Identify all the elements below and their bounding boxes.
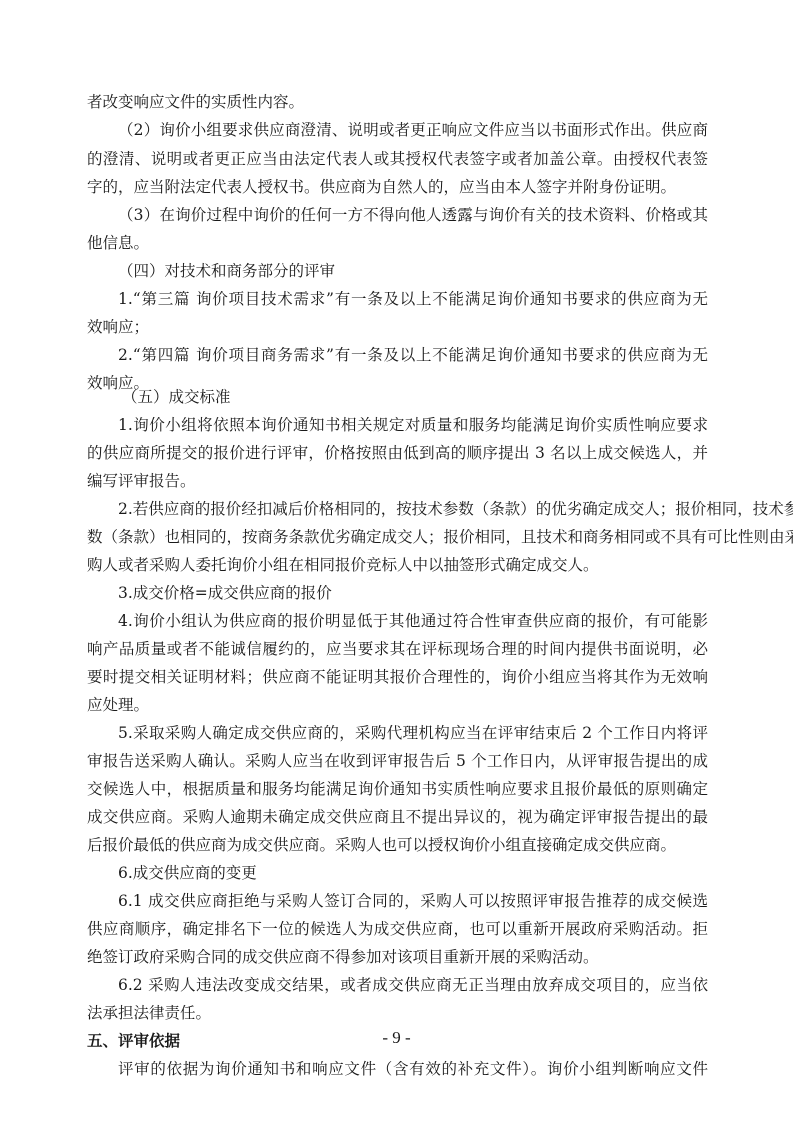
text-line: 绝签订政府采购合同的成交供应商不得参加对该项目重新开展的采购活动。 — [87, 943, 708, 971]
text-line: （2）询价小组要求供应商澄清、说明或者更正响应文件应当以书面形式作出。供应商 — [118, 116, 708, 144]
text-line: 者改变响应文件的实质性内容。 — [87, 88, 708, 116]
text-line: 字的，应当附法定代表人授权书。供应商为自然人的，应当由本人签字并附身份证明。 — [87, 173, 708, 201]
text-line: 评审的依据为询价通知书和响应文件（含有效的补充文件）。询价小组判断响应文件 — [118, 1055, 708, 1083]
text-line: 效响应； — [87, 313, 708, 341]
text-line: （3）在询价过程中询价的任何一方不得向他人透露与询价有关的技术资料、价格或其 — [118, 201, 708, 229]
text-line: 1.“第三篇 询价项目技术需求”有一条及以上不能满足询价通知书要求的供应商为无 — [118, 285, 708, 313]
text-line: 响产品质量或者不能诚信履约的，应当要求其在评标现场合理的时间内提供书面说明，必 — [87, 635, 708, 663]
text-line: 后报价最低的供应商为成交供应商。采购人也可以授权询价小组直接确定成交供应商。 — [87, 831, 708, 859]
text-line: 6.2 采购人违法改变成交结果，或者成交供应商无正当理由放弃成交项目的，应当依 — [118, 971, 708, 999]
text-line: 数（条款）也相同的，按商务条款优劣确定成交人；报价相同，且技术和商务相同或不具有… — [87, 523, 708, 551]
text-line: 3.成交价格=成交供应商的报价 — [118, 579, 708, 607]
text-line: 1.询价小组将依照本询价通知书相关规定对质量和服务均能满足询价实质性响应要求 — [118, 411, 708, 439]
text-line: 5.采取采购人确定成交供应商的，采购代理机构应当在评审结束后 2 个工作日内将评 — [118, 719, 708, 747]
text-line: 法承担法律责任。 — [87, 999, 708, 1027]
text-line: 供应商顺序，确定排名下一位的候选人为成交供应商，也可以重新开展政府采购活动。拒 — [87, 915, 708, 943]
text-line: 2.若供应商的报价经扣减后价格相同的，按技术参数（条款）的优劣确定成交人；报价相… — [118, 495, 708, 523]
text-line: 的供应商所提交的报价进行评审，价格按照由低到高的顺序提出 3 名以上成交候选人，… — [87, 439, 708, 467]
text-line: 交候选人中，根据质量和服务均能满足询价通知书实质性响应要求且报价最低的原则确定 — [87, 775, 708, 803]
text-line: 要时提交相关证明材料；供应商不能证明其报价合理性的，询价小组应当将其作为无效响 — [87, 663, 708, 691]
text-line: （五）成交标准 — [122, 383, 743, 411]
text-line: 审报告送采购人确认。采购人应当在收到评审报告后 5 个工作日内，从评审报告提出的… — [87, 747, 708, 775]
text-line: 4.询价小组认为供应商的报价明显低于其他通过符合性审查供应商的报价，有可能影 — [118, 607, 708, 635]
page-number: - 9 - — [0, 1028, 793, 1048]
text-line: 6.1 成交供应商拒绝与采购人签订合同的，采购人可以按照评审报告推荐的成交候选 — [118, 887, 708, 915]
text-line: 6.成交供应商的变更 — [118, 859, 708, 887]
text-line: 的澄清、说明或者更正应当由法定代表人或其授权代表签字或者加盖公章。由授权代表签 — [87, 145, 708, 173]
text-line: 编写评审报告。 — [87, 467, 708, 495]
text-line: 他信息。 — [87, 229, 708, 257]
document-page: 者改变响应文件的实质性内容。（2）询价小组要求供应商澄清、说明或者更正响应文件应… — [0, 0, 793, 1122]
text-line: 成交供应商。采购人逾期未确定成交供应商且不提出异议的，视为确定评审报告提出的最 — [87, 803, 708, 831]
text-line: 2.“第四篇 询价项目商务需求”有一条及以上不能满足询价通知书要求的供应商为无 — [118, 341, 708, 369]
text-line: 应处理。 — [87, 691, 708, 719]
text-line: 购人或者采购人委托询价小组在相同报价竞标人中以抽签形式确定成交人。 — [87, 551, 708, 579]
text-line: （四）对技术和商务部分的评审 — [118, 257, 708, 285]
